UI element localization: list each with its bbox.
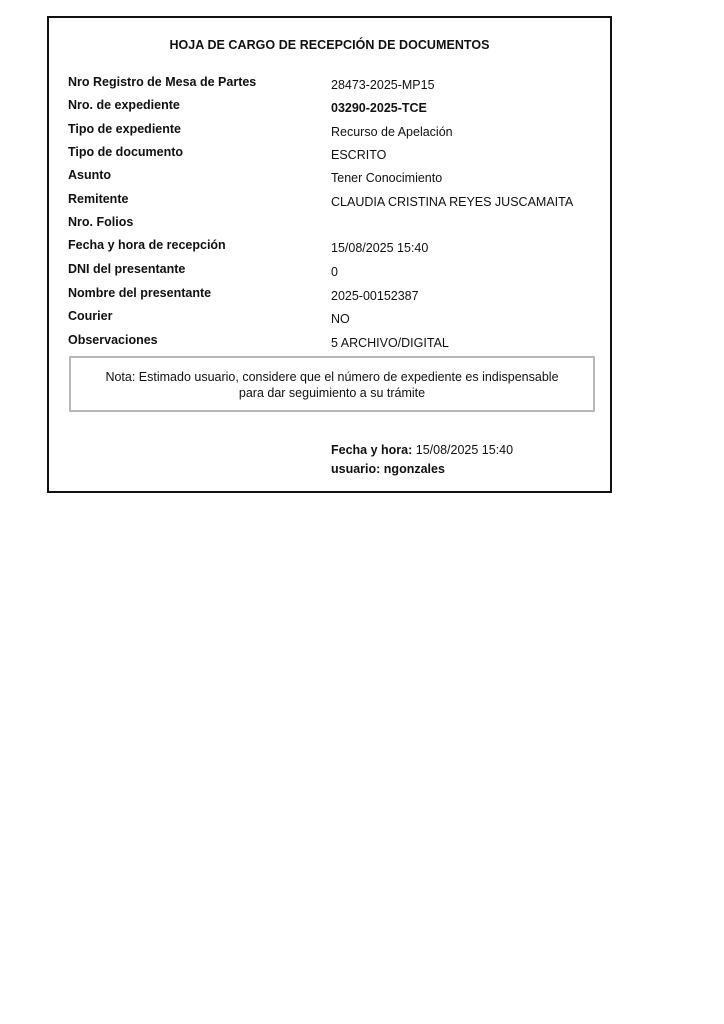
note-line-2: para dar seguimiento a su trámite	[71, 386, 593, 402]
footer-datetime-value: 15/08/2025 15:40	[416, 443, 513, 457]
field-row-tipo-documento: Tipo de documento ESCRITO	[68, 145, 608, 165]
field-row-expediente: Nro. de expediente 03290-2025-TCE	[68, 98, 608, 118]
field-label: Asunto	[68, 168, 111, 182]
field-value: 28473-2025-MP15	[331, 78, 435, 92]
field-value: 03290-2025-TCE	[331, 101, 427, 115]
field-label: Remitente	[68, 192, 128, 206]
field-label: Nro. de expediente	[68, 98, 180, 112]
field-row-tipo-expediente: Tipo de expediente Recurso de Apelación	[68, 122, 608, 142]
field-label: Courier	[68, 309, 112, 323]
field-label: DNI del presentante	[68, 262, 185, 276]
field-value: Recurso de Apelación	[331, 125, 453, 139]
field-row-fecha-recepcion: Fecha y hora de recepción 15/08/2025 15:…	[68, 238, 608, 258]
field-row-dni: DNI del presentante 0	[68, 262, 608, 282]
field-label: Nombre del presentante	[68, 286, 211, 300]
receipt-sheet: HOJA DE CARGO DE RECEPCIÓN DE DOCUMENTOS…	[47, 16, 612, 493]
field-value: 2025-00152387	[331, 289, 419, 303]
field-value: ESCRITO	[331, 148, 386, 162]
document-title: HOJA DE CARGO DE RECEPCIÓN DE DOCUMENTOS	[49, 38, 610, 52]
footer-user-label: usuario:	[331, 462, 380, 476]
field-label: Nro. Folios	[68, 215, 133, 229]
field-value: CLAUDIA CRISTINA REYES JUSCAMAITA	[331, 195, 573, 209]
field-label: Tipo de documento	[68, 145, 183, 159]
field-row-folios: Nro. Folios	[68, 215, 608, 235]
field-label: Nro Registro de Mesa de Partes	[68, 75, 256, 89]
field-value: 5 ARCHIVO/DIGITAL	[331, 336, 449, 350]
note-line-1: Nota: Estimado usuario, considere que el…	[71, 370, 593, 386]
footer-user-value: ngonzales	[384, 462, 445, 476]
field-label: Fecha y hora de recepción	[68, 238, 226, 252]
field-row-nombre-presentante: Nombre del presentante 2025-00152387	[68, 286, 608, 306]
footer-datetime: Fecha y hora: 15/08/2025 15:40	[331, 441, 513, 460]
footer-user: usuario: ngonzales	[331, 460, 513, 479]
field-label: Tipo de expediente	[68, 122, 181, 136]
field-value: NO	[331, 312, 350, 326]
note-box: Nota: Estimado usuario, considere que el…	[69, 356, 595, 412]
field-value: Tener Conocimiento	[331, 171, 442, 185]
field-row-remitente: Remitente CLAUDIA CRISTINA REYES JUSCAMA…	[68, 192, 608, 212]
field-row-registro: Nro Registro de Mesa de Partes 28473-202…	[68, 75, 608, 95]
footer-stamp: Fecha y hora: 15/08/2025 15:40 usuario: …	[331, 441, 513, 479]
footer-datetime-label: Fecha y hora:	[331, 443, 412, 457]
field-row-observaciones: Observaciones 5 ARCHIVO/DIGITAL	[68, 333, 608, 353]
field-label: Observaciones	[68, 333, 158, 347]
field-value: 0	[331, 265, 338, 279]
field-row-courier: Courier NO	[68, 309, 608, 329]
field-row-asunto: Asunto Tener Conocimiento	[68, 168, 608, 188]
field-value: 15/08/2025 15:40	[331, 241, 428, 255]
